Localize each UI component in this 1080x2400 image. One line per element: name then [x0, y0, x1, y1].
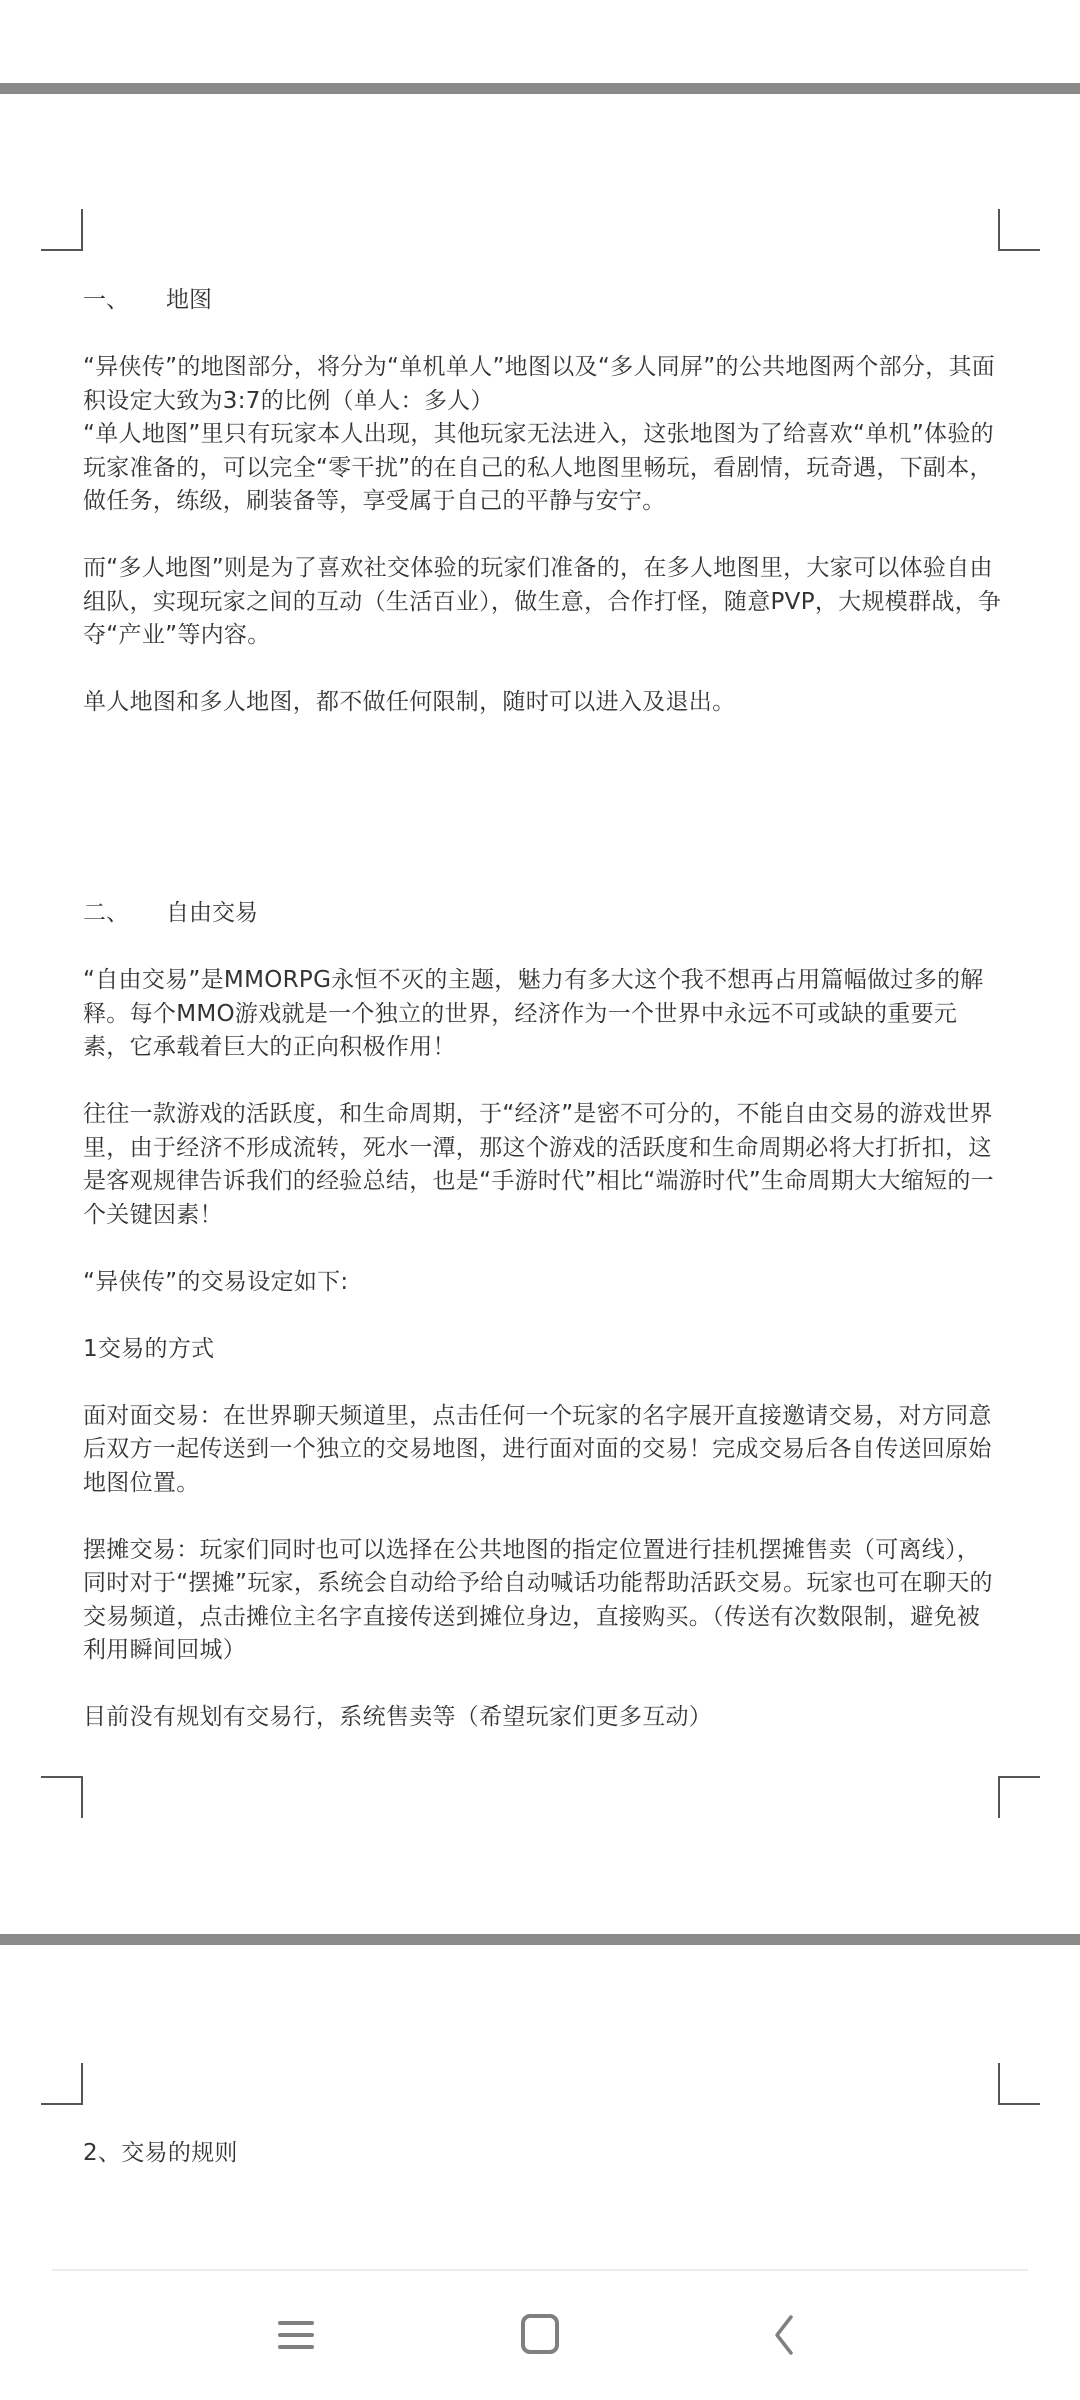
page-1-content: 一、 地图 “异侠传”的地图部分，将分为“单机单人”地图以及“多人同屏”的公共地…	[83, 284, 1003, 720]
paragraph: 摆摊交易：玩家们同时也可以选择在公共地图的指定位置进行挂机摆摊售卖（可离线），同…	[83, 1534, 1003, 1668]
page-separator	[0, 83, 1080, 94]
crop-mark-top-right	[998, 2063, 1040, 2105]
navbar-divider	[52, 2269, 1028, 2271]
paragraph: 往往一款游戏的活跃度，和生命周期，于“经济”是密不可分的，不能自由交易的游戏世界…	[83, 1098, 1003, 1232]
paragraph: 单人地图和多人地图，都不做任何限制，随时可以进入及退出。	[83, 686, 1003, 720]
section-1-heading: 一、 地图	[83, 284, 1003, 318]
paragraph: 目前没有规划有交易行，系统售卖等（希望玩家们更多互动）	[83, 1701, 1003, 1735]
back-icon	[769, 2313, 799, 2357]
back-button[interactable]	[744, 2300, 824, 2370]
paragraph: “单人地图”里只有玩家本人出现，其他玩家无法进入，这张地图为了给喜欢“单机”体验…	[83, 418, 1003, 519]
home-icon	[520, 2313, 560, 2357]
section-title: 自由交易	[166, 897, 258, 931]
section-number: 一、	[83, 284, 166, 318]
crop-mark-bottom-right	[998, 1776, 1040, 1818]
crop-mark-bottom-left	[41, 1776, 83, 1818]
page-1-section-2: 二、 自由交易 “自由交易”是MMORPG永恒不灭的主题，魅力有多大这个我不想再…	[83, 897, 1003, 1735]
recent-apps-button[interactable]	[256, 2300, 336, 2370]
paragraph: 而“多人地图”则是为了喜欢社交体验的玩家们准备的，在多人地图里，大家可以体验自由…	[83, 552, 1003, 653]
system-navbar	[0, 2300, 1080, 2370]
subheading: 1交易的方式	[83, 1333, 1003, 1367]
home-button[interactable]	[500, 2300, 580, 2370]
paragraph: “自由交易”是MMORPG永恒不灭的主题，魅力有多大这个我不想再占用篇幅做过多的…	[83, 964, 1003, 1065]
page-2-content: 2、交易的规则	[83, 2137, 1003, 2171]
crop-mark-top-left	[41, 209, 83, 251]
paragraph: “异侠传”的交易设定如下:	[83, 1266, 1003, 1300]
page-separator	[0, 1934, 1080, 1945]
paragraph: “异侠传”的地图部分，将分为“单机单人”地图以及“多人同屏”的公共地图两个部分，…	[83, 351, 1003, 418]
menu-icon	[276, 2315, 316, 2355]
paragraph: 面对面交易：在世界聊天频道里，点击任何一个玩家的名字展开直接邀请交易，对方同意后…	[83, 1400, 1003, 1501]
section-title: 地图	[166, 284, 212, 318]
section-2-heading: 二、 自由交易	[83, 897, 1003, 931]
crop-mark-top-left	[41, 2063, 83, 2105]
subheading: 2、交易的规则	[83, 2137, 1003, 2171]
section-number: 二、	[83, 897, 166, 931]
crop-mark-top-right	[998, 209, 1040, 251]
